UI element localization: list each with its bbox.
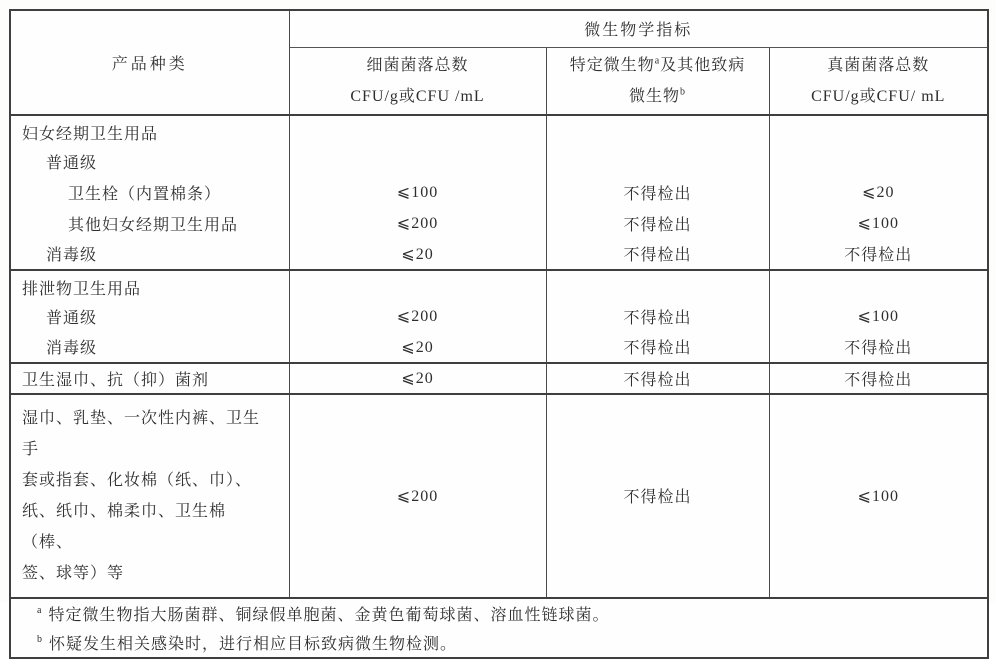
fungus-value-cell: ⩽100 [769,394,988,598]
header-cell-fungus-count: 真菌菌落总数 CFU/g或CFU/ mL [769,47,988,115]
fungus-value-cell [769,270,988,301]
product-cell: 卫生湿巾、抗（抑）菌剂 [10,363,289,394]
bacteria-value-cell [289,270,546,301]
bacteria-count-unit: CFU/g或CFU /mL [290,81,546,112]
header-cell-bacteria-count: 细菌菌落总数 CFU/g或CFU /mL [289,47,546,115]
specific-value-cell [546,146,769,177]
table-row: 湿巾、乳垫、一次性内裤、卫生手 套或指套、化妆棉（纸、巾）、 纸、纸巾、棉柔巾、… [10,394,988,598]
fungus-value-cell: ⩽100 [769,301,988,332]
bacteria-value-cell [289,146,546,177]
footnote-a: a特定微生物指大肠菌群、铜绿假单胞菌、金黄色葡萄球菌、溶血性链球菌。 [10,598,988,628]
product-cell: 消毒级 [10,239,289,270]
product-cell: 卫生栓（内置棉条） [10,177,289,208]
bacteria-value-cell: ⩽200 [289,301,546,332]
header-cell-product-type: 产品种类 [10,10,289,115]
table-row: 其他妇女经期卫生用品 ⩽200 不得检出 ⩽100 [10,208,988,239]
specific-microbes-label-line2: 微生物b [547,81,769,112]
product-cell: 妇女经期卫生用品 [10,115,289,146]
document-page: 产品种类 微生物学指标 细菌菌落总数 CFU/g或CFU /mL 特定微生物a及… [0,0,996,603]
fungus-value-cell: ⩽20 [769,177,988,208]
table-header: 产品种类 微生物学指标 细菌菌落总数 CFU/g或CFU /mL 特定微生物a及… [10,10,988,115]
table-row: 卫生栓（内置棉条） ⩽100 不得检出 ⩽20 [10,177,988,208]
header-cell-microbiology-indicators: 微生物学指标 [289,10,988,47]
specific-value-cell [546,115,769,146]
specific-value-cell: 不得检出 [546,177,769,208]
table-body: 妇女经期卫生用品 普通级 卫生栓（内置棉条） ⩽100 不得检出 ⩽20 其他妇… [10,115,988,658]
bacteria-count-label: 细菌菌落总数 [290,50,546,81]
specific-value-cell: 不得检出 [546,394,769,598]
specific-value-cell: 不得检出 [546,301,769,332]
table-row: 普通级 ⩽200 不得检出 ⩽100 [10,301,988,332]
table-row: 消毒级 ⩽20 不得检出 不得检出 [10,332,988,363]
specific-value-cell: 不得检出 [546,239,769,270]
footnote-b-marker: b [37,634,43,645]
table-row: 卫生湿巾、抗（抑）菌剂 ⩽20 不得检出 不得检出 [10,363,988,394]
fungus-count-label: 真菌菌落总数 [770,50,988,81]
table-row: 妇女经期卫生用品 [10,115,988,146]
footnote-b: b怀疑发生相关感染时，进行相应目标致病微生物检测。 [10,628,988,658]
header-row-group: 产品种类 微生物学指标 [10,10,988,47]
fungus-count-unit: CFU/g或CFU/ mL [770,81,988,112]
specific-value-cell: 不得检出 [546,332,769,363]
specific-value-cell [546,270,769,301]
product-cell: 普通级 [10,146,289,177]
bacteria-value-cell: ⩽200 [289,394,546,598]
fungus-value-cell [769,115,988,146]
footnote-a-text: 特定微生物指大肠菌群、铜绿假单胞菌、金黄色葡萄球菌、溶血性链球菌。 [48,607,609,624]
specific-value-cell: 不得检出 [546,363,769,394]
fungus-value-cell: 不得检出 [769,332,988,363]
bacteria-value-cell: ⩽100 [289,177,546,208]
table-row: 排泄物卫生用品 [10,270,988,301]
bacteria-value-cell: ⩽20 [289,363,546,394]
footnote-a-marker: a [37,605,42,616]
fungus-value-cell: 不得检出 [769,239,988,270]
product-cell: 消毒级 [10,332,289,363]
bacteria-value-cell: ⩽200 [289,208,546,239]
footnote-row: b怀疑发生相关感染时，进行相应目标致病微生物检测。 [10,628,988,658]
fungus-value-cell: 不得检出 [769,363,988,394]
footnote-row: a特定微生物指大肠菌群、铜绿假单胞菌、金黄色葡萄球菌、溶血性链球菌。 [10,598,988,628]
table-row: 消毒级 ⩽20 不得检出 不得检出 [10,239,988,270]
footnote-b-text: 怀疑发生相关感染时，进行相应目标致病微生物检测。 [49,636,457,653]
specific-microbes-label-line1: 特定微生物a及其他致病 [547,50,769,81]
bacteria-value-cell: ⩽20 [289,239,546,270]
fungus-value-cell [769,146,988,177]
footnote-ref-b: b [680,86,686,97]
specific-value-cell: 不得检出 [546,208,769,239]
fungus-value-cell: ⩽100 [769,208,988,239]
bacteria-value-cell: ⩽20 [289,332,546,363]
header-cell-specific-microbes: 特定微生物a及其他致病 微生物b [546,47,769,115]
product-cell: 普通级 [10,301,289,332]
bacteria-value-cell [289,115,546,146]
product-cell: 湿巾、乳垫、一次性内裤、卫生手 套或指套、化妆棉（纸、巾）、 纸、纸巾、棉柔巾、… [10,394,289,598]
product-cell: 其他妇女经期卫生用品 [10,208,289,239]
product-cell: 排泄物卫生用品 [10,270,289,301]
table-row: 普通级 [10,146,988,177]
microbiology-spec-table: 产品种类 微生物学指标 细菌菌落总数 CFU/g或CFU /mL 特定微生物a及… [9,9,989,659]
